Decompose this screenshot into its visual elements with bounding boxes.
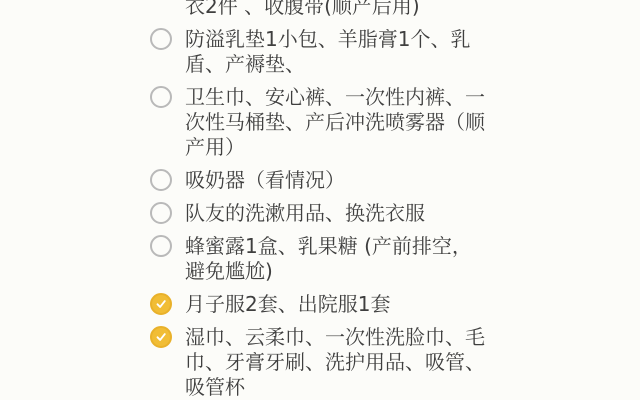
checkbox-unchecked[interactable] [150,169,172,191]
checkbox-unchecked[interactable] [150,86,172,108]
checklist-item-label: 队友的洗漱用品、换洗衣服 [185,201,485,226]
checkbox-checked[interactable] [150,293,172,315]
checklist-item-label: 蜂蜜露1盒、乳果糖 (产前排空，避免尴尬) [185,234,485,284]
checkmark-icon [154,297,168,311]
checklist-item-label: 衣2件 、收腹带(顺产后用) [185,0,485,19]
checkbox-unchecked[interactable] [150,235,172,257]
checklist-item-label: 卫生巾、安心裤、一次性内裤、一次性马桶垫、产后冲洗喷雾器（顺产用） [185,85,485,160]
checklist-item-label: 月子服2套、出院服1套 [185,292,485,317]
checklist-item[interactable]: 防溢乳垫1小包、羊脂膏1个、乳盾、产褥垫、 [150,27,490,77]
checkbox-unchecked[interactable] [150,28,172,50]
checklist-item[interactable]: 队友的洗漱用品、换洗衣服 [150,201,490,226]
checklist-item[interactable]: 衣2件 、收腹带(顺产后用) [150,0,490,19]
checklist-item[interactable]: 湿巾、云柔巾、一次性洗脸巾、毛巾、牙膏牙刷、洗护用品、吸管、吸管杯 [150,325,490,400]
checklist-item-label: 湿巾、云柔巾、一次性洗脸巾、毛巾、牙膏牙刷、洗护用品、吸管、吸管杯 [185,325,485,400]
checklist-item[interactable]: 吸奶器（看情况） [150,168,490,193]
checklist-item[interactable]: 蜂蜜露1盒、乳果糖 (产前排空，避免尴尬) [150,234,490,284]
checklist-item-label: 吸奶器（看情况） [185,168,485,193]
checklist-item[interactable]: 卫生巾、安心裤、一次性内裤、一次性马桶垫、产后冲洗喷雾器（顺产用） [150,85,490,160]
checklist-item-label: 防溢乳垫1小包、羊脂膏1个、乳盾、产褥垫、 [185,27,485,77]
checklist-item[interactable]: 月子服2套、出院服1套 [150,292,490,317]
checkmark-icon [154,330,168,344]
checkbox-checked[interactable] [150,326,172,348]
checklist: 衣2件 、收腹带(顺产后用) 防溢乳垫1小包、羊脂膏1个、乳盾、产褥垫、 卫生巾… [150,0,490,400]
checkbox-unchecked[interactable] [150,202,172,224]
